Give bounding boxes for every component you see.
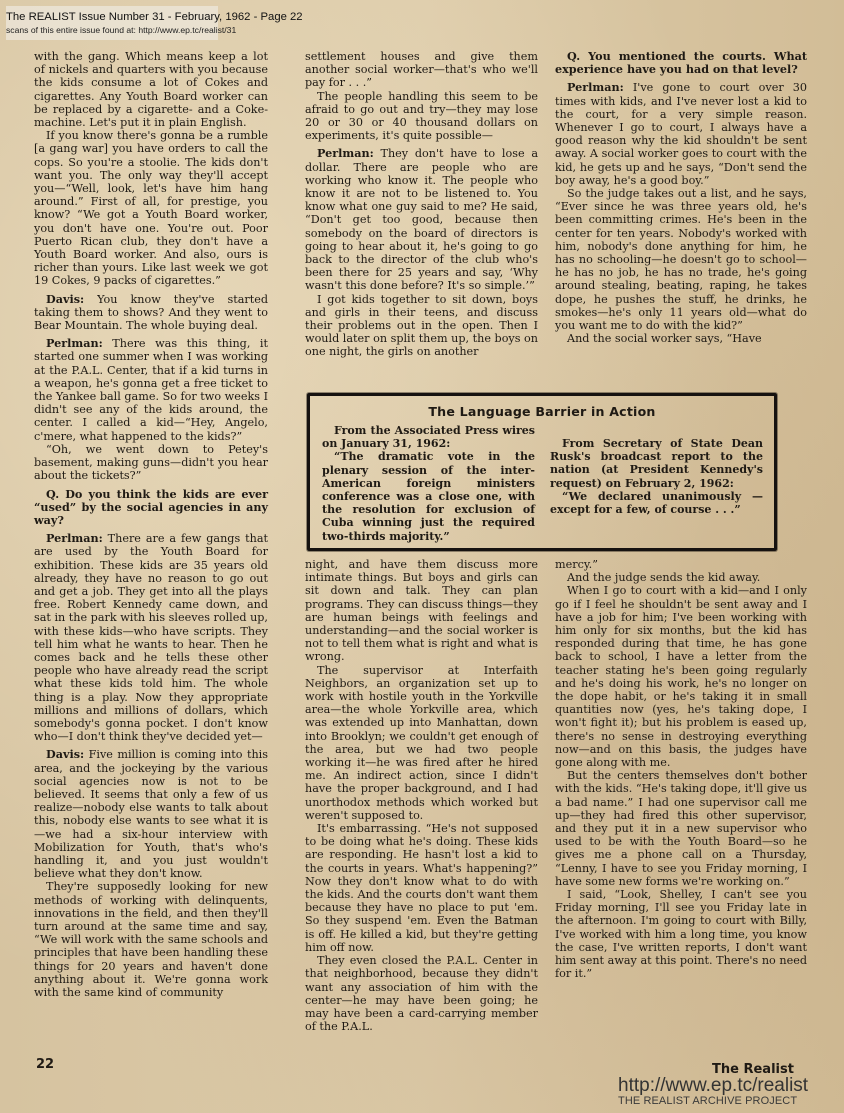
sidebar-left-quote: “The dramatic vote in the plenary sessio… [322,450,535,542]
speaker-name: Perlman: [46,531,103,545]
paragraph: So the judge takes out a list, and he sa… [555,187,807,332]
sidebar-box-left: From the Associated Press wires on Janua… [322,424,535,543]
archive-banner: The REALIST Issue Number 31 - February, … [6,6,218,40]
paragraph: “Oh, we went down to Petey's basement, m… [34,443,268,483]
paragraph: It's embarrassing. “He's not supposed to… [305,822,538,954]
paragraph: with the gang. Which means keep a lot of… [34,50,268,129]
sidebar-box: The Language Barrier in Action From the … [307,393,777,551]
paragraph: And the social worker says, “Have [555,332,807,345]
page-number: 22 [36,1057,54,1072]
paragraph: The people handling this seem to be afra… [305,90,538,143]
speaker-name: Davis: [46,747,84,761]
sidebar-box-title: The Language Barrier in Action [310,404,774,419]
speaker-name: Perlman: [317,146,374,160]
paragraph: Davis: Five million is coming into this … [34,748,268,880]
banner-title: The REALIST Issue Number 31 - February, … [6,11,218,23]
paragraph: Perlman: I've gone to court over 30 time… [555,81,807,187]
speaker-name: Davis: [46,292,84,306]
sidebar-right-quote: “We declared unanimously — except for a … [550,490,763,516]
article-column-2-top: settlement houses and give them another … [305,50,538,359]
speaker-name: Perlman: [46,336,103,350]
paragraph: mercy.” [555,558,807,571]
paragraph: And the judge sends the kid away. [555,571,807,584]
speaker-name: Perlman: [567,80,624,94]
archive-label: THE REALIST ARCHIVE PROJECT [618,1095,797,1107]
sidebar-left-source: From the Associated Press wires on Janua… [322,424,535,450]
interview-question: Q. Do you think the kids are ever “used”… [34,488,268,528]
paragraph: But the centers themselves don't bother … [555,769,807,888]
paragraph: night, and have them discuss more intima… [305,558,538,664]
paragraph: Perlman: There are a few gangs that are … [34,532,268,743]
banner-subtitle: scans of this entire issue found at: htt… [6,25,218,35]
sidebar-right-source: From Secretary of State Dean Rusk's broa… [550,437,763,490]
paragraph: They're supposedly looking for new metho… [34,880,268,999]
paragraph: They even closed the P.A.L. Center in th… [305,954,538,1033]
paragraph: settlement houses and give them another … [305,50,538,90]
paragraph: Perlman: There was this thing, it starte… [34,337,268,443]
paragraph: The supervisor at Interfaith Neighbors, … [305,664,538,822]
paragraph: If you know there's gonna be a rumble [a… [34,129,268,287]
paragraph: I said, “Look, Shelley, I can't see you … [555,888,807,980]
article-column-1: with the gang. Which means keep a lot of… [34,50,268,999]
paragraph: I got kids together to sit down, boys an… [305,293,538,359]
sidebar-box-right: From Secretary of State Dean Rusk's broa… [550,437,763,516]
interview-question: Q. You mentioned the courts. What experi… [555,50,807,76]
article-column-3-top: Q. You mentioned the courts. What experi… [555,50,807,345]
article-column-2-bottom: night, and have them discuss more intima… [305,558,538,1033]
paragraph: Perlman: They don't have to lose a dolla… [305,147,538,292]
paragraph: Davis: You know they've started taking t… [34,293,268,333]
article-column-3-bottom: mercy.”And the judge sends the kid away.… [555,558,807,981]
archive-url: http://www.ep.tc/realist [618,1075,808,1097]
paragraph: When I go to court with a kid—and I only… [555,584,807,769]
